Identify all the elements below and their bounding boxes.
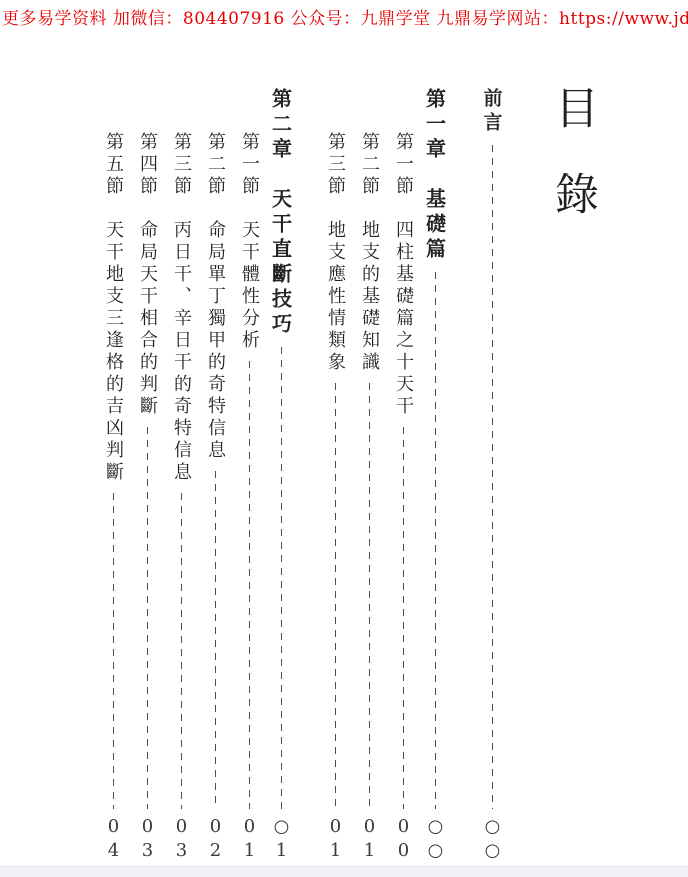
toc-entry: 第一節 天干體性分析019 xyxy=(238,88,260,877)
toc-entry-text: 前言 xyxy=(479,88,506,136)
dashed-leader xyxy=(435,272,436,809)
toc-entry: 第二節 地支的基礎知識015 xyxy=(358,88,380,877)
toc-entry-text: 第二節 地支的基礎知識 xyxy=(356,132,382,374)
toc-entry-text: 第二章 天干直斷技巧 xyxy=(267,88,296,338)
toc-entry: 第三節 地支應性情類象017 xyxy=(324,88,346,877)
dashed-leader xyxy=(369,383,370,809)
toc-entry-text: 第一節 天干體性分析 xyxy=(236,132,262,352)
dashed-leader xyxy=(215,471,216,809)
dashed-leader xyxy=(492,145,493,809)
toc-entry: 第五節 天干地支三逢格的吉凶判斷043 xyxy=(102,88,124,877)
toc-entry: 第二章 天干直斷技巧○19 xyxy=(268,88,294,877)
toc-columns: 前言○○3第一章 基礎篇○○9第一節 四柱基礎篇之十天干009第二節 地支的基礎… xyxy=(0,33,688,877)
viewer-bottom-edge xyxy=(0,866,688,877)
dashed-leader xyxy=(181,493,182,809)
promo-header: 更多易学资料 加微信：804407916 公众号：九鼎学堂 九鼎易学网站：htt… xyxy=(0,0,688,34)
toc-entry: 第一節 四柱基礎篇之十天干009 xyxy=(392,88,414,877)
toc-page: 目錄 前言○○3第一章 基礎篇○○9第一節 四柱基礎篇之十天干009第二節 地支… xyxy=(0,33,688,877)
dashed-leader xyxy=(249,361,250,809)
dashed-leader xyxy=(147,427,148,809)
dashed-leader xyxy=(113,493,114,809)
toc-entry-text: 第三節 丙日干、辛日干的奇特信息 xyxy=(168,132,194,484)
toc-entry-text: 第一節 四柱基礎篇之十天干 xyxy=(390,132,416,418)
toc-entry: 前言○○3 xyxy=(480,88,504,877)
dashed-leader xyxy=(281,347,282,809)
toc-entry-text: 第三節 地支應性情類象 xyxy=(322,132,348,374)
scanned-document-page: 更多易学资料 加微信：804407916 公众号：九鼎学堂 九鼎易学网站：htt… xyxy=(0,0,688,877)
toc-entry-text: 第二節 命局單丁獨甲的奇特信息 xyxy=(202,132,228,462)
toc-entry: 第三節 丙日干、辛日干的奇特信息031 xyxy=(170,88,192,877)
dashed-leader xyxy=(335,383,336,809)
toc-entry: 第一章 基礎篇○○9 xyxy=(422,88,448,877)
toc-entry-text: 第一章 基礎篇 xyxy=(421,88,450,263)
toc-entry: 第二節 命局單丁獨甲的奇特信息023 xyxy=(204,88,226,877)
toc-entry-text: 第五節 天干地支三逢格的吉凶判斷 xyxy=(100,132,126,484)
dashed-leader xyxy=(403,427,404,809)
promo-header-text: 更多易学资料 加微信：804407916 公众号：九鼎学堂 九鼎易学网站：htt… xyxy=(0,4,688,29)
toc-entry: 第四節 命局天干相合的判斷034 xyxy=(136,88,158,877)
toc-entry-text: 第四節 命局天干相合的判斷 xyxy=(134,132,160,418)
